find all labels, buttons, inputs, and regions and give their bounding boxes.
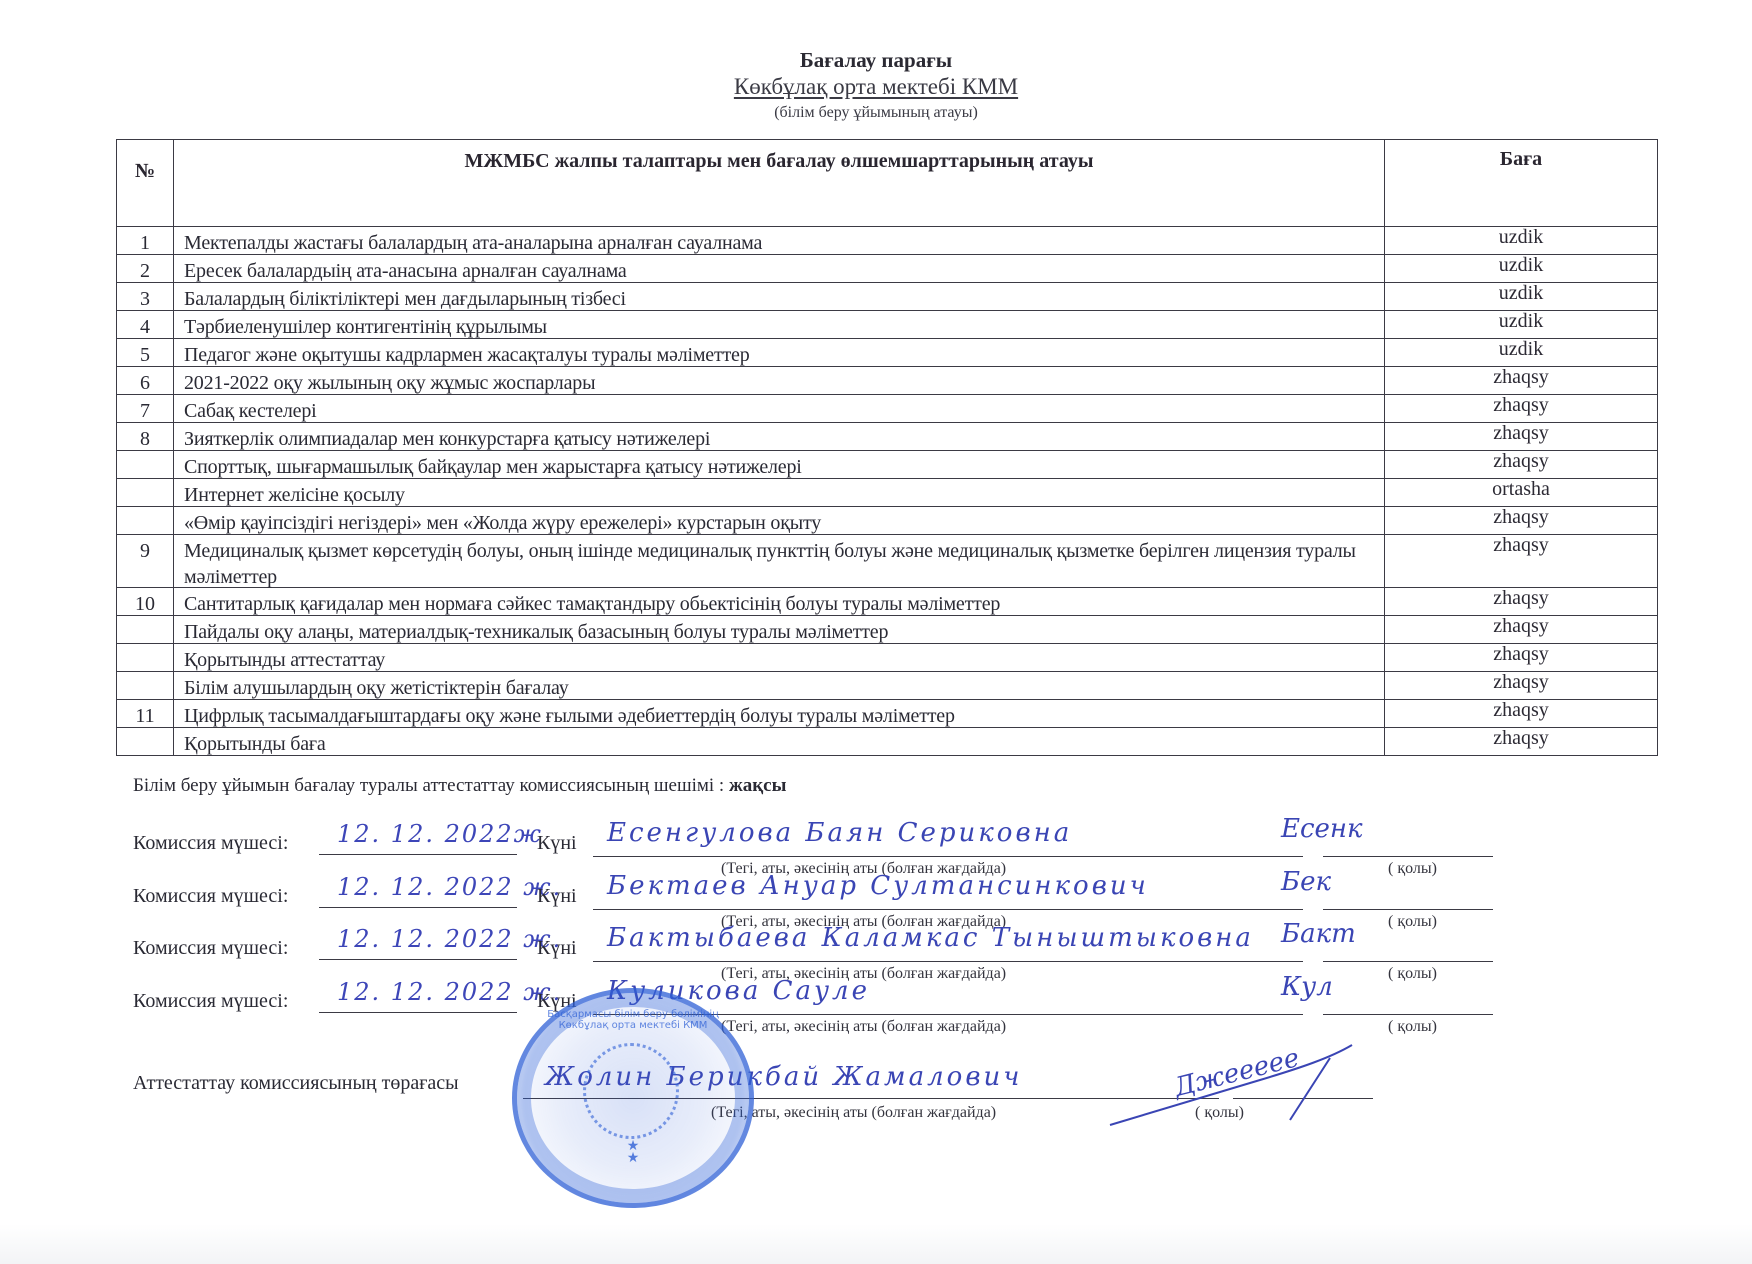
table-row: Спорттық, шығармашылық байқаулар мен жар… — [117, 451, 1658, 479]
row-number: 8 — [117, 423, 174, 451]
date-line — [319, 1012, 517, 1013]
table-row: 10Сантитарлық қағидалар мен нормаға сәйк… — [117, 588, 1658, 616]
name-line — [593, 961, 1303, 962]
chair-signature-line — [1233, 1098, 1373, 1099]
member-label: Комиссия мүшесі: — [133, 937, 288, 960]
row-grade: zhaqsy — [1385, 451, 1658, 479]
member-signature: Бакт — [1281, 919, 1356, 949]
name-line — [593, 856, 1303, 857]
row-grade: zhaqsy — [1385, 616, 1658, 644]
member-handwritten-name: Бектаев Ануар Султансинкович — [607, 871, 1149, 901]
row-grade: uzdik — [1385, 311, 1658, 339]
table-row: Қорытынды аттестаттауzhaqsy — [117, 644, 1658, 672]
row-criteria-name: Цифрлық тасымалдағыштардағы оқу және ғыл… — [174, 700, 1385, 728]
name-line — [593, 909, 1303, 910]
member-label: Комиссия мүшесі: — [133, 990, 288, 1013]
signature-line — [1323, 1014, 1493, 1015]
member-handwritten-name: Куликова Сауле — [607, 976, 870, 1006]
row-grade: zhaqsy — [1385, 644, 1658, 672]
table-row: 5Педагог және оқытушы кадрлармен жасақта… — [117, 339, 1658, 367]
commission-member-row: Комиссия мүшесі:12. 12. 2022 ж.КүніБакты… — [133, 925, 1363, 965]
table-row: Қорытынды бағаzhaqsy — [117, 728, 1658, 756]
name-caption: (Тегі, аты, әкесінің аты (болған жағдайд… — [721, 1018, 1006, 1036]
header-criteria-name: МЖМБС жалпы талаптары мен бағалау өлшемш… — [174, 140, 1385, 227]
member-date: 12. 12. 2022ж — [337, 820, 543, 848]
table-row: Пайдалы оқу алаңы, материалдық-техникалы… — [117, 616, 1658, 644]
member-label: Комиссия мүшесі: — [133, 832, 288, 855]
row-grade: zhaqsy — [1385, 700, 1658, 728]
row-criteria-name: Тәрбиеленушілер контигентінің құрылымы — [174, 311, 1385, 339]
member-handwritten-name: Есенгулова Баян Сериковна — [607, 818, 1072, 848]
row-grade: uzdik — [1385, 255, 1658, 283]
commission-member-row: Комиссия мүшесі:12. 12. 2022 ж.КүніБекта… — [133, 873, 1363, 913]
table-row: Интернет желісіне қосылуortasha — [117, 479, 1658, 507]
table-row: 8Зияткерлік олимпиадалар мен конкурстарғ… — [117, 423, 1658, 451]
row-number — [117, 644, 174, 672]
row-criteria-name: Педагог және оқытушы кадрлармен жасақтал… — [174, 339, 1385, 367]
chair-signature-caption: ( қолы) — [1195, 1104, 1244, 1122]
date-line — [319, 854, 517, 855]
row-criteria-name: Мектепалды жастағы балалардың ата-аналар… — [174, 227, 1385, 255]
row-criteria-name: Медициналық қызмет көрсетудің болуы, оны… — [174, 535, 1385, 588]
row-number: 2 — [117, 255, 174, 283]
chair-handwritten-name: Жолин Берикбай Жамалович — [545, 1062, 1022, 1092]
day-label: Күні — [537, 937, 577, 960]
row-grade: zhaqsy — [1385, 367, 1658, 395]
table-row: 2Ересек балалардыің ата-анасына арналған… — [117, 255, 1658, 283]
row-grade: zhaqsy — [1385, 728, 1658, 756]
chair-name-line — [523, 1098, 1219, 1099]
table-row: 7Сабақ кестелеріzhaqsy — [117, 395, 1658, 423]
table-row: 1Мектепалды жастағы балалардың ата-анала… — [117, 227, 1658, 255]
row-number: 9 — [117, 535, 174, 588]
organization-caption: (білім беру ұйымының атауы) — [0, 104, 1752, 122]
decision-label: Білім беру ұйымын бағалау туралы аттеста… — [133, 775, 729, 796]
member-signature: Кул — [1281, 972, 1333, 1002]
signature-line — [1323, 909, 1493, 910]
row-grade: uzdik — [1385, 339, 1658, 367]
row-criteria-name: Пайдалы оқу алаңы, материалдық-техникалы… — [174, 616, 1385, 644]
stamp-stars-icon: ★★ — [517, 1141, 749, 1165]
row-criteria-name: Интернет желісіне қосылу — [174, 479, 1385, 507]
row-number: 10 — [117, 588, 174, 616]
row-number — [117, 507, 174, 535]
date-line — [319, 959, 517, 960]
row-number: 4 — [117, 311, 174, 339]
row-criteria-name: Қорытынды аттестаттау — [174, 644, 1385, 672]
row-criteria-name: Зияткерлік олимпиадалар мен конкурстарға… — [174, 423, 1385, 451]
table-row: Білім алушылардың оқу жетістіктерін баға… — [117, 672, 1658, 700]
table-row: «Өмір қауіпсіздігі негіздері» мен «Жолда… — [117, 507, 1658, 535]
table-row: 9Медициналық қызмет көрсетудің болуы, он… — [117, 535, 1658, 588]
table-row: 4Тәрбиеленушілер контигентінің құрылымыu… — [117, 311, 1658, 339]
signature-line — [1323, 961, 1493, 962]
row-grade: zhaqsy — [1385, 588, 1658, 616]
chair-signature: Джеееее — [1171, 1043, 1302, 1103]
signature-caption: ( қолы) — [1388, 913, 1437, 931]
member-date: 12. 12. 2022 ж. — [337, 978, 562, 1006]
row-criteria-name: «Өмір қауіпсіздігі негіздері» мен «Жолда… — [174, 507, 1385, 535]
row-number — [117, 728, 174, 756]
row-grade: zhaqsy — [1385, 672, 1658, 700]
row-number — [117, 479, 174, 507]
table-row: 62021-2022 оқу жылының оқу жұмыс жоспарл… — [117, 367, 1658, 395]
decision-value: жақсы — [729, 775, 787, 796]
page-edge-shade — [0, 1224, 1752, 1264]
row-number — [117, 451, 174, 479]
row-number: 1 — [117, 227, 174, 255]
row-criteria-name: Білім алушылардың оқу жетістіктерін баға… — [174, 672, 1385, 700]
row-number: 7 — [117, 395, 174, 423]
organization-name: Көкбұлақ орта мектебі КММ — [0, 74, 1752, 100]
member-handwritten-name: Бактыбаева Каламкас Тыныштыковна — [607, 923, 1254, 953]
row-number: 3 — [117, 283, 174, 311]
name-line — [593, 1014, 1303, 1015]
signature-caption: ( қолы) — [1388, 860, 1437, 878]
row-number: 6 — [117, 367, 174, 395]
commission-member-row: Комиссия мүшесі:12. 12. 2022 ж.КүніКулик… — [133, 978, 1363, 1018]
signature-line — [1323, 856, 1493, 857]
row-criteria-name: Балалардың біліктіліктері мен дағдыларын… — [174, 283, 1385, 311]
row-number — [117, 616, 174, 644]
member-label: Комиссия мүшесі: — [133, 885, 288, 908]
table-row: 3Балалардың біліктіліктері мен дағдылары… — [117, 283, 1658, 311]
assessment-table: № МЖМБС жалпы талаптары мен бағалау өлше… — [116, 139, 1658, 756]
header-grade: Баға — [1385, 140, 1658, 227]
signature-caption: ( қолы) — [1388, 965, 1437, 983]
table-row: 11Цифрлық тасымалдағыштардағы оқу және ғ… — [117, 700, 1658, 728]
chair-name-caption: (Тегі, аты, әкесінің аты (болған жағдайд… — [711, 1104, 996, 1122]
header-number: № — [117, 140, 174, 227]
row-criteria-name: Сабақ кестелері — [174, 395, 1385, 423]
signature-caption: ( қолы) — [1388, 1018, 1437, 1036]
member-date: 12. 12. 2022 ж. — [337, 873, 562, 901]
row-grade: zhaqsy — [1385, 423, 1658, 451]
chair-label: Аттестаттау комиссиясының төрағасы — [133, 1072, 459, 1095]
commission-member-row: Комиссия мүшесі:12. 12. 2022жКүніЕсенгул… — [133, 820, 1363, 860]
row-grade: zhaqsy — [1385, 507, 1658, 535]
row-criteria-name: Қорытынды баға — [174, 728, 1385, 756]
member-date: 12. 12. 2022 ж. — [337, 925, 562, 953]
row-grade: ortasha — [1385, 479, 1658, 507]
row-grade: uzdik — [1385, 227, 1658, 255]
row-criteria-name: Ересек балалардыің ата-анасына арналған … — [174, 255, 1385, 283]
row-number — [117, 672, 174, 700]
day-label: Күні — [537, 832, 577, 855]
row-criteria-name: Сантитарлық қағидалар мен нормаға сәйкес… — [174, 588, 1385, 616]
row-criteria-name: Спорттық, шығармашылық байқаулар мен жар… — [174, 451, 1385, 479]
row-grade: zhaqsy — [1385, 535, 1658, 588]
row-grade: uzdik — [1385, 283, 1658, 311]
day-label: Күні — [537, 885, 577, 908]
row-number: 5 — [117, 339, 174, 367]
commission-decision: Білім беру ұйымын бағалау туралы аттеста… — [133, 775, 786, 797]
row-grade: zhaqsy — [1385, 395, 1658, 423]
document-title: Бағалау парағы — [0, 48, 1752, 73]
day-label: Күні — [537, 990, 577, 1013]
row-number: 11 — [117, 700, 174, 728]
chair-row: Аттестаттау комиссиясының төрағасы Жолин… — [133, 1060, 1373, 1120]
member-signature: Бек — [1281, 867, 1331, 897]
row-criteria-name: 2021-2022 оқу жылының оқу жұмыс жоспарла… — [174, 367, 1385, 395]
member-signature: Есенк — [1281, 814, 1363, 844]
table-header-row: № МЖМБС жалпы талаптары мен бағалау өлше… — [117, 140, 1658, 227]
date-line — [319, 907, 517, 908]
